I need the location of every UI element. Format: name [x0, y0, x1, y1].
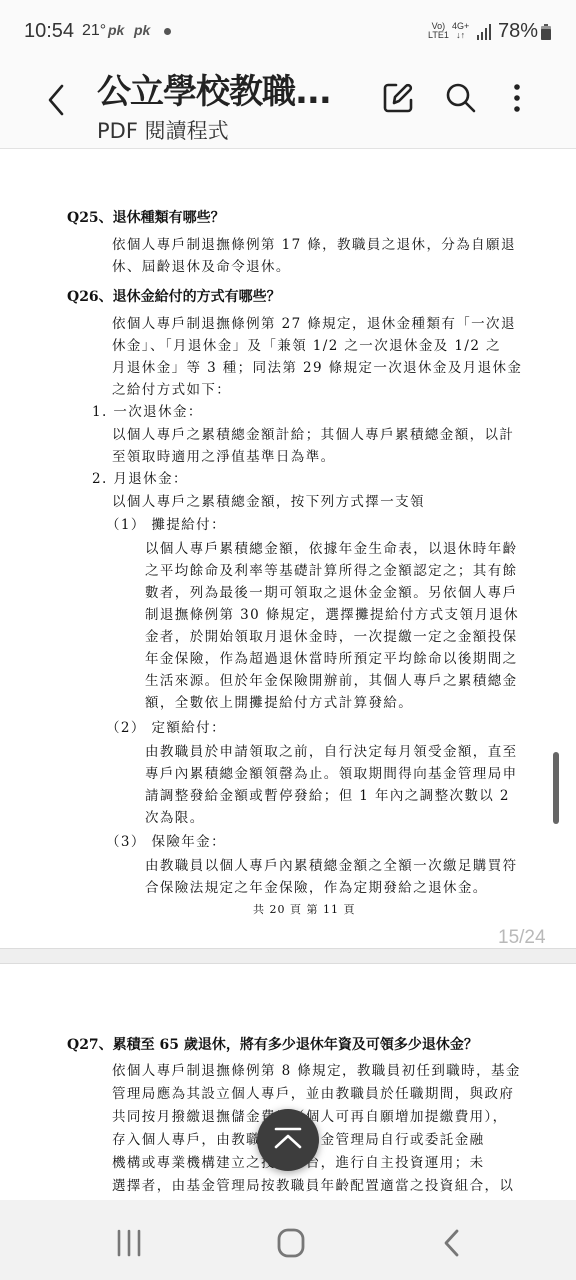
text-line: 管理局應為其設立個人專戶，並由教職員於任職期間，與政府	[112, 1082, 514, 1102]
battery-percent: 78%	[498, 20, 538, 43]
text-line: 年金保險，作為超過退休當時所預定平均餘命以後期間之	[145, 647, 518, 667]
text-line: 由教職員以個人專戶內累積總金額之全額一次繳足購買符	[145, 854, 518, 874]
text-line: 以個人專戶累積總金額，依據年金生命表，以退休時年齡	[145, 537, 518, 557]
scroll-to-top-icon	[257, 1109, 319, 1171]
battery-icon	[541, 24, 551, 40]
search-icon[interactable]	[443, 80, 479, 116]
pdf-page: Q25、退休種類有哪些？ 依個人專戶制退撫條例第 17 條，教職員之退休，分為自…	[0, 149, 576, 948]
status-time: 10:54	[24, 20, 74, 43]
sub-item-title: （2） 定額給付：	[106, 716, 226, 736]
text-line: 依個人專戶制退撫條例第 8 條規定，教職員初任到職時，基金	[112, 1059, 521, 1079]
scroll-to-top-button[interactable]	[257, 1109, 319, 1171]
home-icon[interactable]	[271, 1225, 311, 1261]
volte-icon: Vo)LTE1	[428, 22, 449, 40]
text-line: 數者，列為最後一期可領取之退休金金額。另依個人專戶	[145, 581, 518, 601]
page-indicator: 15/24	[498, 927, 546, 949]
scrollbar-thumb[interactable]	[553, 752, 559, 824]
text-line: 月退休金」等 3 種；同法第 29 條規定一次退休金及月退休金	[112, 356, 522, 376]
nav-back-icon[interactable]	[433, 1225, 473, 1261]
text-line: 由教職員於申請領取之前，自行決定每月領受金額，直至	[145, 740, 518, 760]
edit-icon[interactable]	[380, 80, 416, 116]
pdf-viewer[interactable]: Q25、退休種類有哪些？ 依個人專戶制退撫條例第 17 條，教職員之退休，分為自…	[0, 149, 576, 1200]
text-line: 之平均餘命及利率等基礎計算所得之金額認定之；其有餘	[145, 559, 518, 579]
recent-apps-icon[interactable]	[109, 1225, 149, 1261]
text-line: 制退撫條例第 30 條規定，選擇攤提給付方式支領月退休	[145, 603, 519, 623]
notification-pk-icon: pk	[134, 22, 150, 38]
sub-item-title: （3） 保險年金：	[106, 830, 226, 850]
text-line: 生活來源。但於年金保險開辦前，其個人專戶之累積總金	[145, 669, 518, 689]
page-separator	[0, 948, 576, 964]
network-4g-icon: 4G+↓↑	[452, 22, 469, 40]
text-line: 以個人專戶之累積總金額，按下列方式擇一支領	[112, 490, 425, 510]
text-line: 次為限。	[145, 806, 205, 826]
app-bar: 公立學校教職... PDF 閱讀程式	[0, 62, 576, 149]
back-icon[interactable]	[40, 80, 74, 120]
list-item-title: 1. 一次退休金：	[92, 400, 203, 420]
text-line: 專戶內累積總金額領罄為止。領取期間得向基金管理局申	[145, 762, 518, 782]
text-line: 至領取時適用之淨值基準日為準。	[112, 445, 336, 465]
signal-icon	[477, 24, 493, 40]
notification-dot-icon	[164, 28, 171, 35]
system-nav-bar	[0, 1203, 576, 1280]
text-line: 之給付方式如下：	[112, 378, 231, 398]
app-subtitle: PDF 閱讀程式	[97, 115, 229, 145]
text-line: 依個人專戶制退撫條例第 17 條，教職員之退休，分為自願退	[112, 233, 516, 253]
text-line: 累積個人專戶之本金及孳息，作為依法退休、資遣或撫卹時，	[112, 1197, 514, 1200]
question-q26: Q26、退休金給付的方式有哪些？	[67, 286, 281, 306]
page-footer-number: 共 20 頁 第 11 頁	[253, 901, 355, 917]
notification-pk-icon: pk	[108, 22, 124, 38]
text-line: 金者，於開始領取月退休金時，一次提繳一定之金額投保	[145, 625, 518, 645]
question-q25: Q25、退休種類有哪些？	[67, 207, 225, 227]
text-line: 依個人專戶制退撫條例第 27 條規定，退休金種類有「一次退	[112, 312, 516, 332]
text-line: 休、屆齡退休及命令退休。	[112, 255, 291, 275]
document-title: 公立學校教職...	[97, 64, 331, 113]
more-options-icon[interactable]	[499, 80, 535, 116]
text-line: 合保險法規定之年金保險，作為定期發給之退休金。	[145, 876, 488, 896]
text-line: 休金」、「月退休金」及「兼領 1/2 之一次退休金及 1/2 之	[112, 334, 501, 354]
text-line: 請調整發給金額或暫停發給；但 1 年內之調整次數以 2	[145, 784, 510, 804]
question-q27: Q27、累積至 65 歲退休，將有多少退休年資及可領多少退休金？	[67, 1034, 478, 1054]
status-temperature: 21°	[82, 22, 106, 40]
list-item-title: 2. 月退休金：	[92, 467, 188, 487]
status-bar: 10:54 21° pk pk Vo)LTE1 4G+↓↑ 78%	[0, 0, 576, 62]
text-line: 額，全數依上開攤提給付方式計算發給。	[145, 691, 413, 711]
text-line: 選擇者，由基金管理局按教職員年齡配置適當之投資組合，以	[112, 1174, 514, 1194]
text-line: 以個人專戶之累積總金額計給；其個人專戶累積總金額，以計	[112, 423, 514, 443]
sub-item-title: （1） 攤提給付：	[106, 513, 226, 533]
